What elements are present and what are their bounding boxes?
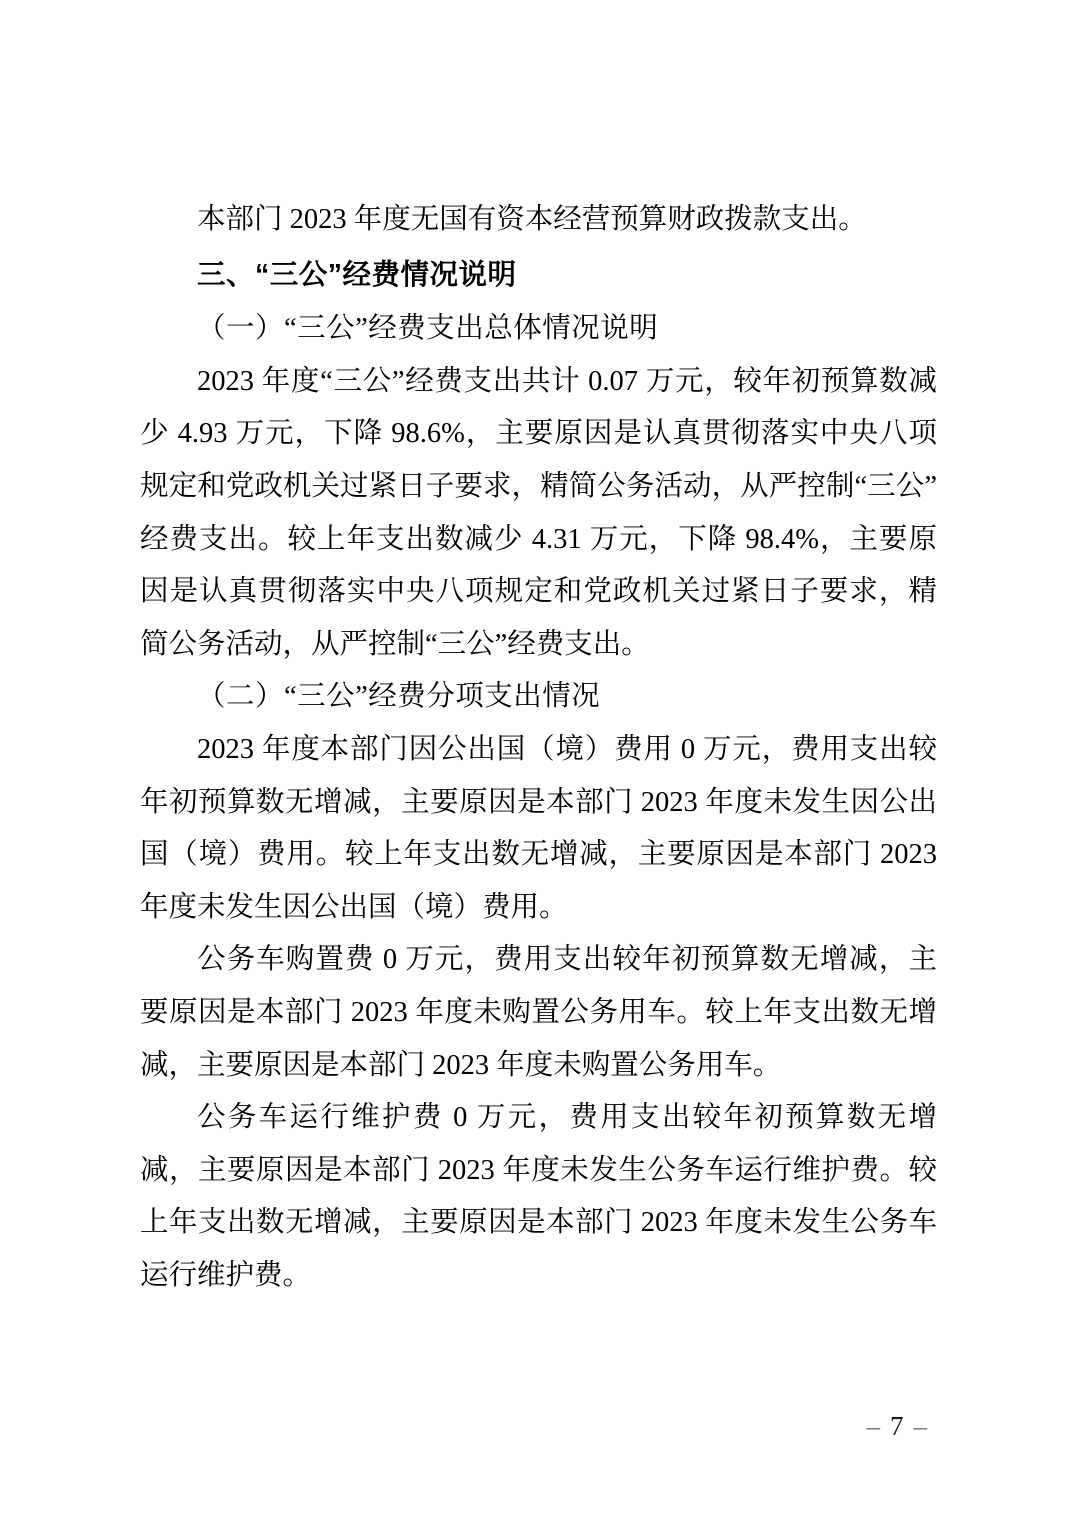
sub-heading-itemized-expense: （二）“三公”经费分项支出情况 xyxy=(140,671,937,724)
paragraph-vehicle-purchase-expense: 公务车购置费 0 万元，费用支出较年初预算数无增减，主要原因是本部门 2023 … xyxy=(140,934,937,1092)
page-number-value: 7 xyxy=(890,1411,904,1441)
page-number: –7– xyxy=(857,1400,938,1452)
document-page: 本部门 2023 年度无国有资本经营预算财政拨款支出。 三、“三公”经费情况说明… xyxy=(0,0,1076,1519)
intro-paragraph: 本部门 2023 年度无国有资本经营预算财政拨款支出。 xyxy=(140,194,937,247)
paragraph-vehicle-maintenance-expense: 公务车运行维护费 0 万元，费用支出较年初预算数无增减，主要原因是本部门 202… xyxy=(140,1092,937,1302)
paragraph-overall-expense: 2023 年度“三公”经费支出共计 0.07 万元，较年初预算数减少 4.93 … xyxy=(140,356,937,672)
paragraph-overseas-travel-expense: 2023 年度本部门因公出国（境）费用 0 万元，费用支出较年初预算数无增减，主… xyxy=(140,724,937,934)
document-body: 本部门 2023 年度无国有资本经营预算财政拨款支出。 三、“三公”经费情况说明… xyxy=(140,194,937,1302)
page-number-left-dash: – xyxy=(857,1411,891,1441)
sub-heading-overall-expense-description: （一）“三公”经费支出总体情况说明 xyxy=(140,303,937,356)
section-heading-three-public-expenses: 三、“三公”经费情况说明 xyxy=(140,249,937,302)
page-number-right-dash: – xyxy=(904,1411,938,1441)
